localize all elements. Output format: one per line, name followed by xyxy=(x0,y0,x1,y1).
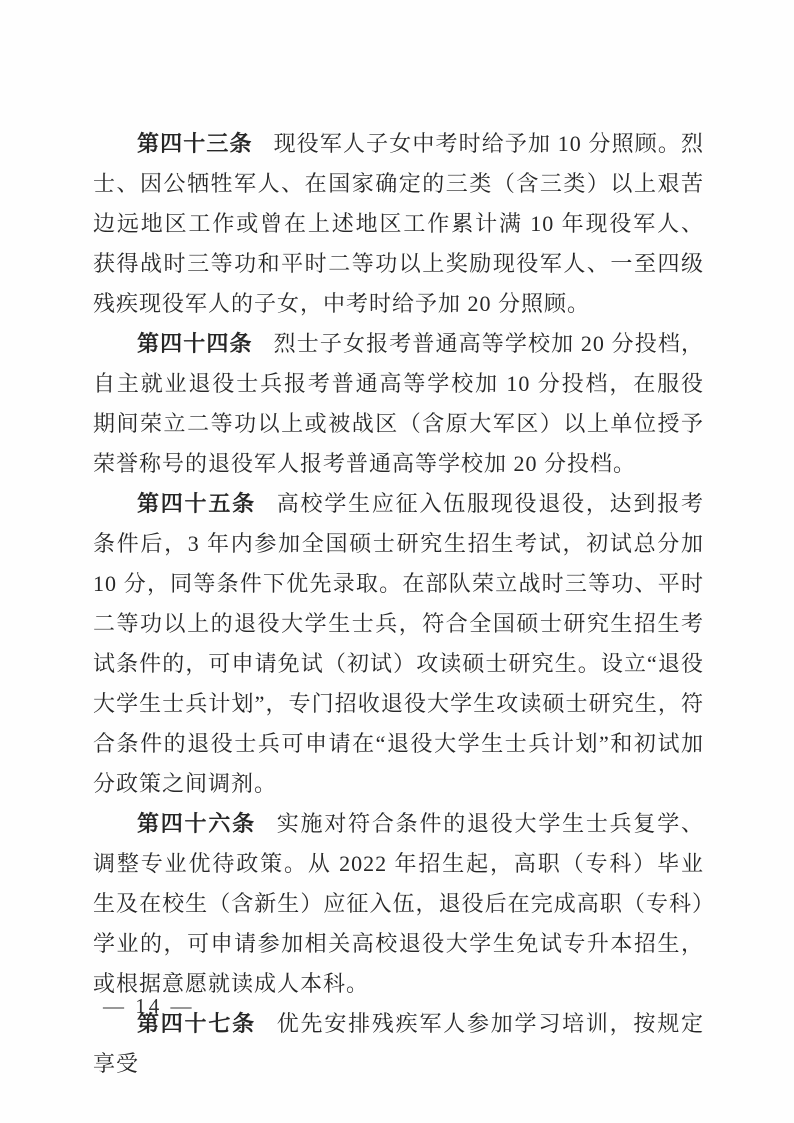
article-paragraph: 第四十四条烈士子女报考普通高等学校加 20 分投档，自主就业退役士兵报考普通高等… xyxy=(93,324,704,484)
article-text: 现役军人子女中考时给予加 10 分照顾。烈士、因公牺牲军人、在国家确定的三类（含… xyxy=(93,131,704,316)
article-number: 第四十五条 xyxy=(137,491,256,516)
article-text: 实施对符合条件的退役大学生士兵复学、调整专业优待政策。从 2022 年招生起，高… xyxy=(93,811,704,996)
document-body: 第四十三条现役军人子女中考时给予加 10 分照顾。烈士、因公牺牲军人、在国家确定… xyxy=(93,124,704,1084)
article-paragraph: 第四十五条高校学生应征入伍服现役退役，达到报考条件后，3 年内参加全国硕士研究生… xyxy=(93,484,704,804)
article-number: 第四十六条 xyxy=(137,811,256,836)
article-number: 第四十三条 xyxy=(137,131,253,156)
document-page: 第四十三条现役军人子女中考时给予加 10 分照顾。烈士、因公牺牲军人、在国家确定… xyxy=(0,0,794,1123)
article-text: 高校学生应征入伍服现役退役，达到报考条件后，3 年内参加全国硕士研究生招生考试，… xyxy=(93,491,704,796)
page-number: — 14 — xyxy=(103,994,195,1019)
article-paragraph: 第四十三条现役军人子女中考时给予加 10 分照顾。烈士、因公牺牲军人、在国家确定… xyxy=(93,124,704,324)
article-number: 第四十四条 xyxy=(137,331,253,356)
article-paragraph: 第四十六条实施对符合条件的退役大学生士兵复学、调整专业优待政策。从 2022 年… xyxy=(93,804,704,1004)
